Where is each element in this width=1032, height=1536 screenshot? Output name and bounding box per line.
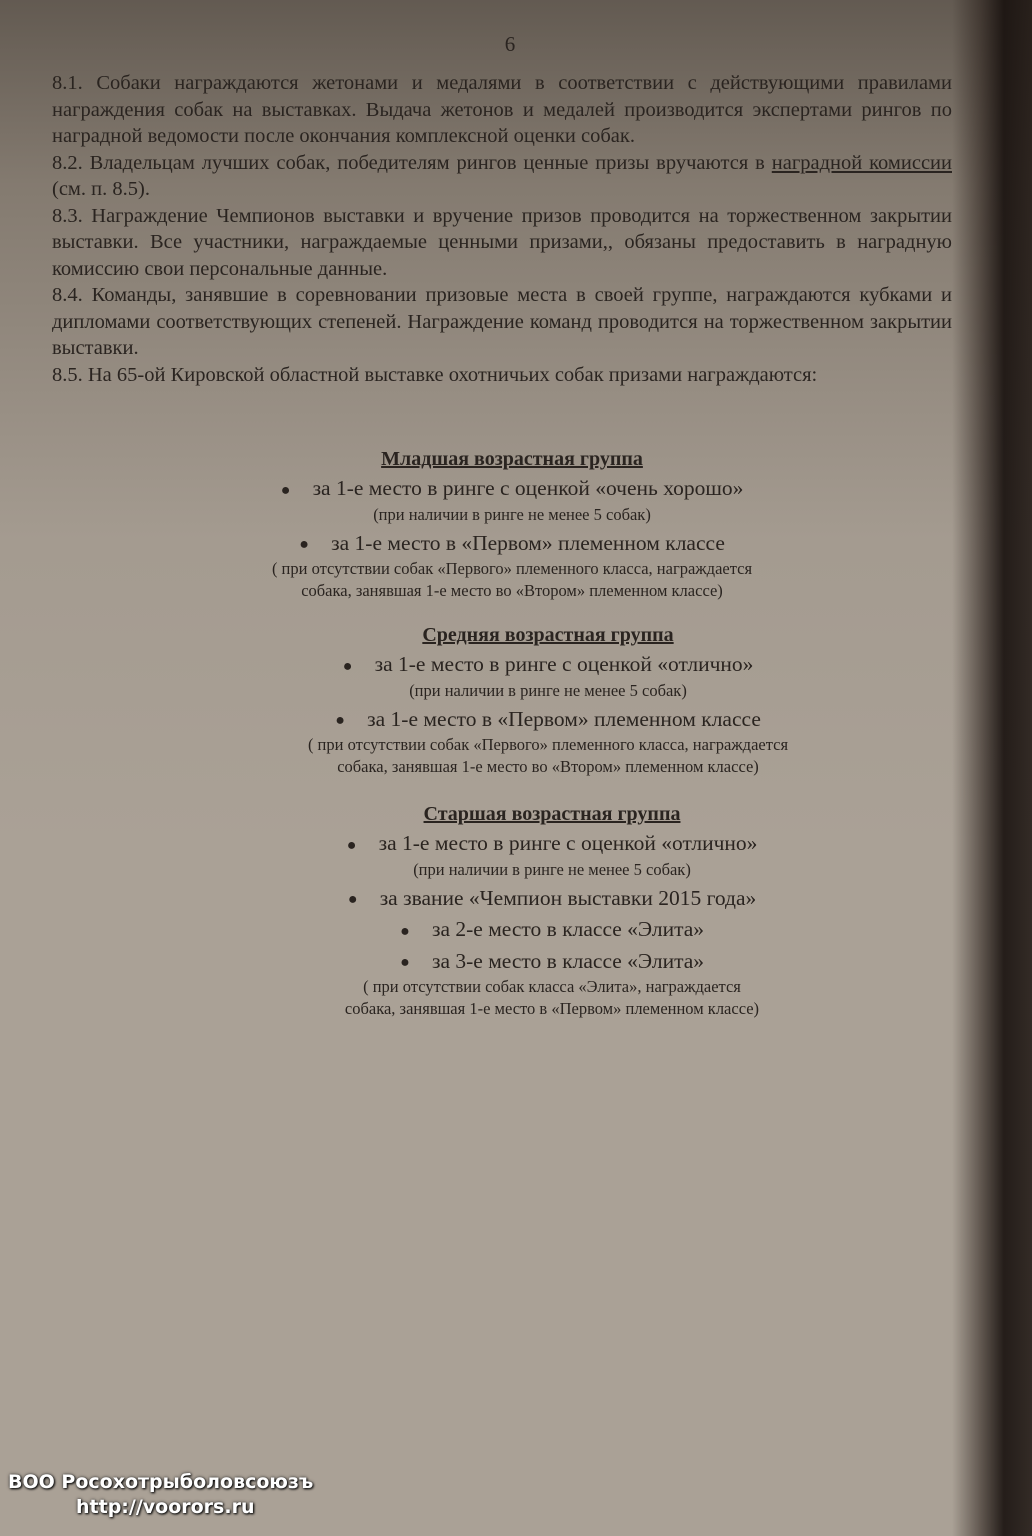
award-note: собака, занявшая 1-е место во «Втором» п… (0, 580, 1032, 602)
award-text: за 1-е место в ринге с оценкой «отлично» (379, 831, 758, 855)
group-title: Старшая возрастная группа (2, 803, 1032, 826)
middle-age-group: Средняя возрастная группа ●за 1-е место … (0, 624, 1032, 778)
award-commission-underlined: наградной комиссии (772, 152, 952, 174)
award-text: за 1-е место в ринге с оценкой «очень хо… (313, 476, 744, 500)
watermark-url: http://voorors.ru (8, 1495, 313, 1520)
award-item: ●за 2-е место в классе «Элита» (2, 916, 1032, 945)
group-title: Средняя возрастная группа (0, 624, 1032, 647)
page-number: 6 (0, 32, 1020, 57)
award-note: (при наличии в ринге не менее 5 собак) (0, 680, 1032, 702)
junior-age-group: Младшая возрастная группа ●за 1-е место … (0, 448, 1032, 602)
award-item: ●за 1-е место в ринге с оценкой «отлично… (2, 830, 1032, 859)
award-item: ●за 3-е место в классе «Элита» (2, 948, 1032, 977)
award-item: ●за 1-е место в «Первом» племенном класс… (0, 706, 1032, 735)
award-note: (при наличии в ринге не менее 5 собак) (2, 859, 1032, 881)
bullet-icon: ● (335, 707, 345, 734)
paragraph-8-1: 8.1. Собаки награждаются жетонами и меда… (52, 70, 952, 150)
bullet-icon: ● (281, 477, 291, 504)
award-item: ●за 1-е место в «Первом» племенном класс… (0, 530, 1032, 559)
bullet-icon: ● (400, 918, 410, 945)
bullet-icon: ● (348, 886, 358, 913)
bullet-icon: ● (299, 531, 309, 558)
award-text: за 1-е место в «Первом» племенном классе (367, 707, 761, 731)
award-item: ●за звание «Чемпион выставки 2015 года» (2, 885, 1032, 914)
award-note: ( при отсутствии собак «Первого» племенн… (0, 558, 1032, 580)
award-note: (при наличии в ринге не менее 5 собак) (0, 504, 1032, 526)
group-title: Младшая возрастная группа (0, 448, 1032, 471)
award-text: за 1-е место в ринге с оценкой «отлично» (375, 652, 754, 676)
bullet-icon: ● (347, 832, 357, 859)
senior-age-group: Старшая возрастная группа ●за 1-е место … (2, 803, 1032, 1020)
award-text: за 2-е место в классе «Элита» (432, 917, 704, 941)
paragraph-8-2: 8.2. Владельцам лучших собак, победителя… (52, 150, 952, 203)
award-text: за 1-е место в «Первом» племенном классе (331, 531, 725, 555)
paragraph-8-4: 8.4. Команды, занявшие в соревновании пр… (52, 282, 952, 362)
bullet-icon: ● (343, 653, 353, 680)
watermark-org: ВОО Росохотрыболовсоюзъ (8, 1470, 313, 1495)
award-item: ●за 1-е место в ринге с оценкой «очень х… (0, 475, 1032, 504)
paragraph-8-2-text: 8.2. Владельцам лучших собак, победителя… (52, 152, 772, 174)
bullet-icon: ● (400, 949, 410, 976)
paragraph-8-2-ref: (см. п. 8.5). (52, 178, 150, 200)
section-8-paragraphs: 8.1. Собаки награждаются жетонами и меда… (52, 70, 952, 388)
award-note: ( при отсутствии собак «Первого» племенн… (0, 734, 1032, 756)
watermark: ВОО Росохотрыболовсоюзъ http://voorors.r… (8, 1470, 313, 1520)
award-note: собака, занявшая 1-е место во «Втором» п… (0, 756, 1032, 778)
award-text: за 3-е место в классе «Элита» (432, 949, 704, 973)
award-note: ( при отсутствии собак класса «Элита», н… (2, 976, 1032, 998)
paragraph-8-5: 8.5. На 65-ой Кировской областной выстав… (52, 362, 952, 389)
award-note: собака, занявшая 1-е место в «Первом» пл… (2, 998, 1032, 1020)
award-text: за звание «Чемпион выставки 2015 года» (380, 886, 757, 910)
award-item: ●за 1-е место в ринге с оценкой «отлично… (0, 651, 1032, 680)
paragraph-8-3: 8.3. Награждение Чемпионов выставки и вр… (52, 203, 952, 283)
